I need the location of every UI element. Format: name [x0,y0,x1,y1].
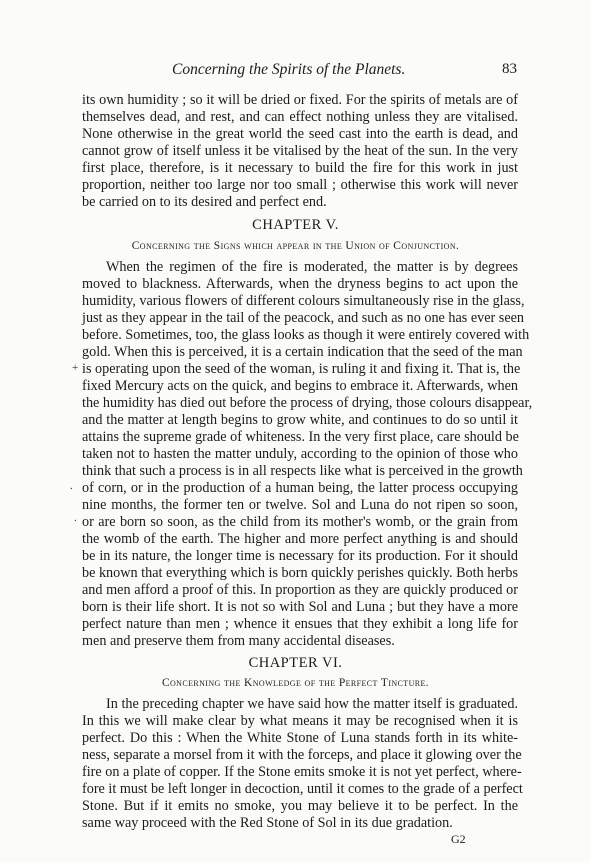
margin-dot-mark: . [74,512,77,524]
text-line: nine months, the former ten or twelve. S… [82,497,518,514]
signature-mark: G2 [451,832,466,847]
margin-cross-mark: + [72,362,78,374]
text-line: In this we will make clear by what means… [82,713,518,730]
page-number: 83 [502,61,517,78]
text-line: None otherwise in the great world the se… [82,126,518,143]
text-line: humidity, various flowers of different c… [82,293,518,310]
text-line: fore it must be left longer in decoction… [82,781,518,798]
chapter-subtitle: Concerning the Signs which appear in the… [0,240,591,252]
text-line: taken not to hasten the matter unduly, a… [82,446,518,463]
text-line: be in its nature, the longer time is nec… [82,548,518,565]
text-line: and the matter at length begins to grow … [82,412,518,429]
text-line: is operating upon the seed of the woman,… [82,361,518,378]
text-line: or are born so soon, as the child from i… [82,514,518,531]
text-line: think that such a process is in all resp… [82,463,518,480]
text-line: fixed Mercury acts on the quick, and beg… [82,378,518,395]
text-line: When the regimen of the fire is moderate… [106,259,518,276]
text-line: be carried on to its desired and perfect… [82,194,518,211]
text-line: gold. When this is perceived, it is a ce… [82,344,518,361]
text-line: perfect. Do this : When the White Stone … [82,730,518,747]
text-line: of corn, or in the production of a human… [82,480,518,497]
chapter-heading: CHAPTER V. [0,217,591,234]
text-line: be known that everything which is born q… [82,565,518,582]
running-head: Concerning the Spirits of the Planets. 8… [172,61,517,79]
text-line: fire on a plate of copper. If the Stone … [82,764,518,781]
margin-dot-mark: . [70,480,73,492]
chapter-heading: CHAPTER VI. [0,655,591,672]
text-line: perfect nature than men ; whence it ensu… [82,616,518,633]
text-line: attains the supreme grade of whiteness. … [82,429,518,446]
text-line: cannot grow of itself unless it be vital… [82,143,518,160]
text-line: ness, separate a morsel from it with the… [82,747,518,764]
text-line: moved to blackness. Afterwards, when the… [82,276,518,293]
text-line: and men afford a proof of this. In propo… [82,582,518,599]
text-line: its own humidity ; so it will be dried o… [82,92,518,109]
chapter-subtitle: Concerning the Knowledge of the Perfect … [0,677,591,689]
text-line: men and preserve them from many accident… [82,633,518,650]
text-line: themselves dead, and rest, and can effec… [82,109,518,126]
text-line: Stone. But if it emits no smoke, you may… [82,798,518,815]
running-head-title: Concerning the Spirits of the Planets. [172,61,405,78]
text-line: same way proceed with the Red Stone of S… [82,815,518,832]
text-line: the humidity has died out before the pro… [82,395,518,412]
text-line: first place, therefore, is it necessary … [82,160,518,177]
text-line: proportion, neither too large nor too sm… [82,177,518,194]
text-line: In the preceding chapter we have said ho… [106,696,518,713]
book-page: Concerning the Spirits of the Planets. 8… [0,0,591,863]
text-line: the womb of the earth. The higher and mo… [82,531,518,548]
text-line: just as they appear in the tail of the p… [82,310,518,327]
text-line: born is their life short. It is not so w… [82,599,518,616]
text-line: before. Sometimes, too, the glass looks … [82,327,518,344]
